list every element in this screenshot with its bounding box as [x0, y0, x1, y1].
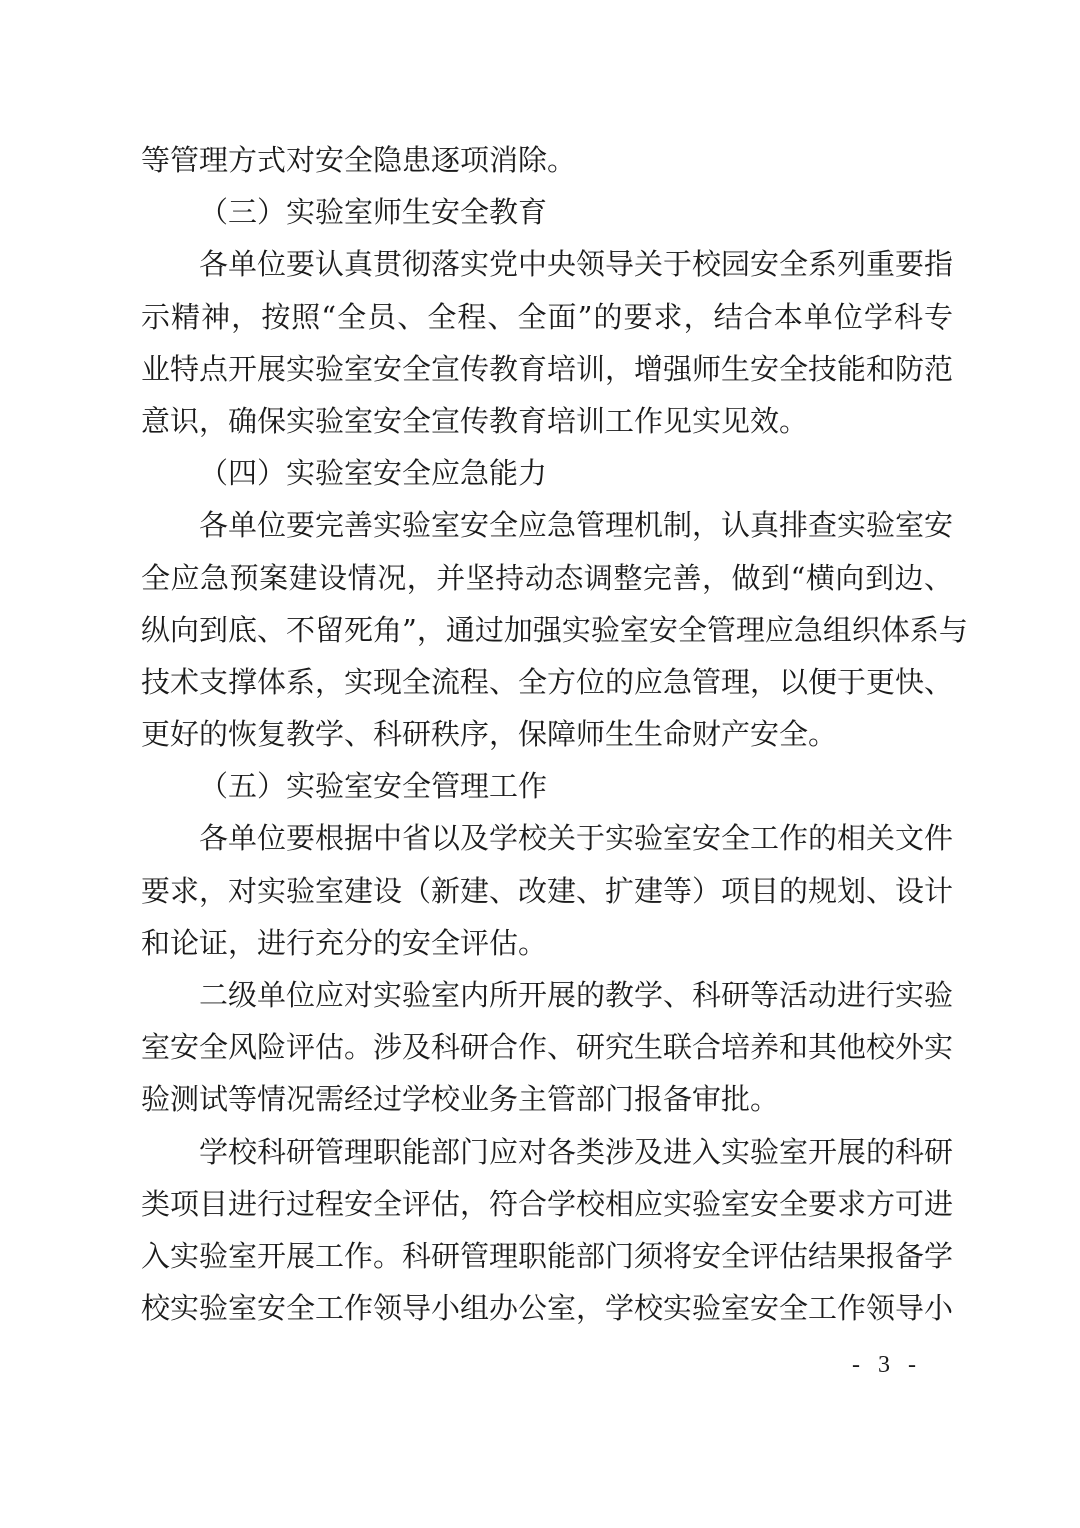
section-heading-3: （三）实验室师生安全教育	[141, 186, 953, 238]
paragraph-line: 校实验室安全工作领导小组办公室，学校实验室安全工作领导小	[141, 1282, 953, 1334]
paragraph-line: 二级单位应对实验室内所开展的教学、科研等活动进行实验	[141, 969, 953, 1021]
paragraph-line: 各单位要完善实验室安全应急管理机制，认真排查实验室安	[141, 499, 953, 551]
paragraph-line: 示精神，按照“全员、全程、全面”的要求，结合本单位学科专	[141, 291, 953, 343]
section-heading-5: （五）实验室安全管理工作	[141, 760, 953, 812]
paragraph-line: 各单位要根据中省以及学校关于实验室安全工作的相关文件	[141, 812, 953, 864]
paragraph-line: 业特点开展实验室安全宣传教育培训，增强师生安全技能和防范	[141, 343, 953, 395]
paragraph-line: 入实验室开展工作。科研管理职能部门须将安全评估结果报备学	[141, 1230, 953, 1282]
paragraph-line: 意识，确保实验室安全宣传教育培训工作见实见效。	[141, 395, 953, 447]
page-number: - 3 -	[852, 1352, 922, 1379]
paragraph-line: 室安全风险评估。涉及科研合作、研究生联合培养和其他校外实	[141, 1021, 953, 1073]
paragraph-line: 和论证，进行充分的安全评估。	[141, 917, 953, 969]
paragraph-line: 更好的恢复教学、科研秩序，保障师生生命财产安全。	[141, 708, 953, 760]
document-page: 等管理方式对安全隐患逐项消除。 （三）实验室师生安全教育 各单位要认真贯彻落实党…	[141, 134, 953, 1334]
paragraph-line: 验测试等情况需经过学校业务主管部门报备审批。	[141, 1073, 953, 1125]
paragraph-line: 各单位要认真贯彻落实党中央领导关于校园安全系列重要指	[141, 238, 953, 290]
paragraph-line: 全应急预案建设情况，并坚持动态调整完善，做到“横向到边、	[141, 552, 953, 604]
paragraph-line: 学校科研管理职能部门应对各类涉及进入实验室开展的科研	[141, 1126, 953, 1178]
paragraph-line: 等管理方式对安全隐患逐项消除。	[141, 134, 953, 186]
paragraph-line: 要求，对实验室建设（新建、改建、扩建等）项目的规划、设计	[141, 865, 953, 917]
paragraph-line: 技术支撑体系，实现全流程、全方位的应急管理，以便于更快、	[141, 656, 953, 708]
paragraph-line: 类项目进行过程安全评估，符合学校相应实验室安全要求方可进	[141, 1178, 953, 1230]
paragraph-line: 纵向到底、不留死角”，通过加强实验室安全管理应急组织体系与	[141, 604, 953, 656]
section-heading-4: （四）实验室安全应急能力	[141, 447, 953, 499]
